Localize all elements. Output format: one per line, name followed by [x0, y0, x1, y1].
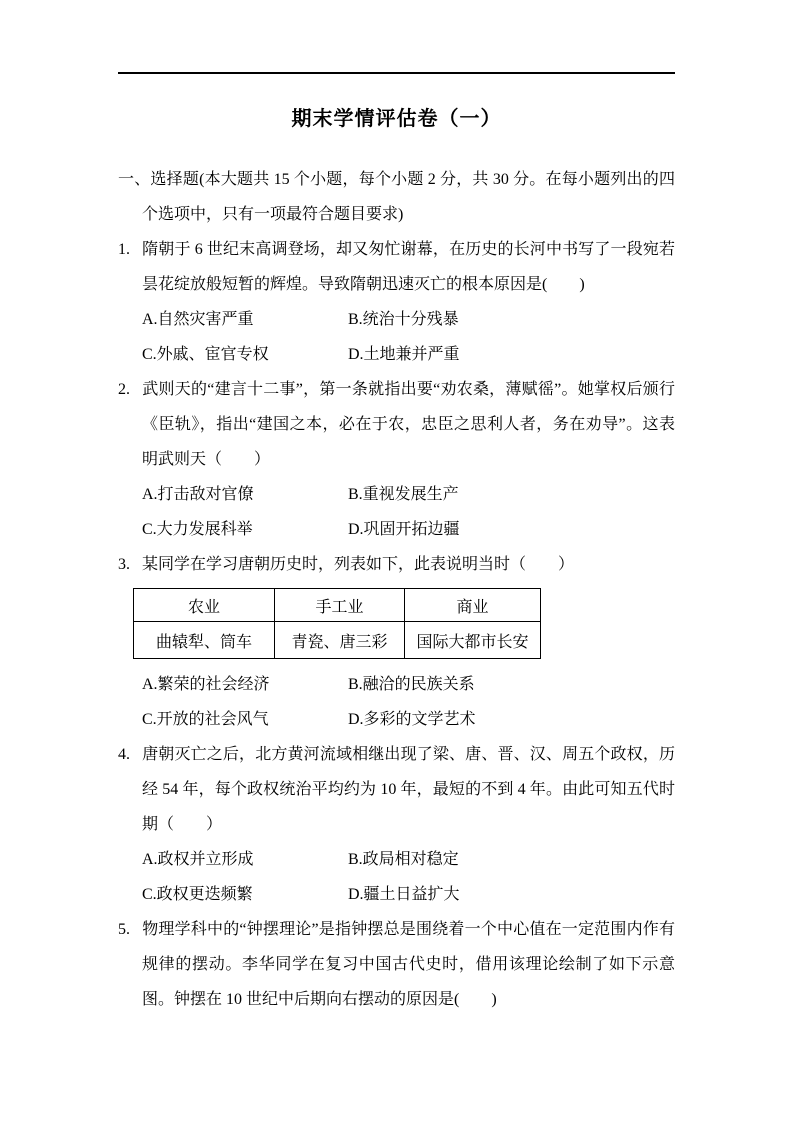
table-header-commerce: 商业 [405, 589, 541, 622]
question-2: 2.武则天的“建言十二事”，第一条就指出要“劝农桑，薄赋徭”。她掌权后颁行《臣轨… [118, 372, 675, 547]
question-5: 5.物理学科中的“钟摆理论”是指钟摆总是围绕着一个中心值在一定范围内作有规律的摆… [118, 912, 675, 1017]
question-3-number: 3. [118, 547, 142, 582]
question-2-options: A.打击敌对官僚 B.重视发展生产 C.大力发展科举 D.巩固开拓边疆 [118, 477, 675, 547]
question-2-option-c: C.大力发展科举 [142, 512, 348, 547]
header-divider-line [118, 72, 675, 74]
question-5-text: 物理学科中的“钟摆理论”是指钟摆总是围绕着一个中心值在一定范围内作有规律的摆动。… [142, 921, 675, 1008]
question-2-option-d: D.巩固开拓边疆 [348, 512, 675, 547]
question-3-option-a: A.繁荣的社会经济 [142, 667, 348, 702]
question-3-option-b: B.融洽的民族关系 [348, 667, 675, 702]
table-header-handicraft: 手工业 [275, 589, 405, 622]
section-heading: 一、选择题(本大题共 15 个小题，每个小题 2 分，共 30 分。在每小题列出… [118, 162, 675, 232]
question-1-option-c: C.外戚、宦官专权 [142, 337, 348, 372]
option-row: A.繁荣的社会经济 B.融洽的民族关系 [142, 667, 675, 702]
page-title: 期末学情评估卷（一） [118, 102, 675, 136]
exam-page: 期末学情评估卷（一） 一、选择题(本大题共 15 个小题，每个小题 2 分，共 … [0, 0, 793, 1122]
question-4-stem: 4.唐朝灭亡之后，北方黄河流域相继出现了梁、唐、晋、汉、周五个政权，历经 54 … [118, 737, 675, 842]
question-4-option-b: B.政局相对稳定 [348, 842, 675, 877]
option-row: C.政权更迭频繁 D.疆土日益扩大 [142, 877, 675, 912]
question-4-option-c: C.政权更迭频繁 [142, 877, 348, 912]
question-1-option-a: A.自然灾害严重 [142, 302, 348, 337]
question-1-text: 隋朝于 6 世纪末高调登场，却又匆忙谢幕，在历史的长河中书写了一段宛若昙花绽放般… [142, 241, 675, 293]
table-header-agriculture: 农业 [134, 589, 275, 622]
page-content: 期末学情评估卷（一） 一、选择题(本大题共 15 个小题，每个小题 2 分，共 … [118, 96, 675, 1017]
question-4-text: 唐朝灭亡之后，北方黄河流域相继出现了梁、唐、晋、汉、周五个政权，历经 54 年，… [142, 746, 675, 833]
question-2-option-b: B.重视发展生产 [348, 477, 675, 512]
question-1-options: A.自然灾害严重 B.统治十分残暴 C.外戚、宦官专权 D.土地兼并严重 [118, 302, 675, 372]
question-1: 1.隋朝于 6 世纪末高调登场，却又匆忙谢幕，在历史的长河中书写了一段宛若昙花绽… [118, 232, 675, 372]
question-2-option-a: A.打击敌对官僚 [142, 477, 348, 512]
question-1-number: 1. [118, 232, 142, 267]
table-cell-agriculture: 曲辕犁、筒车 [134, 622, 275, 659]
question-2-number: 2. [118, 372, 142, 407]
option-row: C.外戚、宦官专权 D.土地兼并严重 [142, 337, 675, 372]
option-row: A.打击敌对官僚 B.重视发展生产 [142, 477, 675, 512]
question-4-options: A.政权并立形成 B.政局相对稳定 C.政权更迭频繁 D.疆土日益扩大 [118, 842, 675, 912]
question-4: 4.唐朝灭亡之后，北方黄河流域相继出现了梁、唐、晋、汉、周五个政权，历经 54 … [118, 737, 675, 912]
question-3-table: 农业 手工业 商业 曲辕犁、筒车 青瓷、唐三彩 国际大都市长安 [133, 588, 541, 659]
table-cell-commerce: 国际大都市长安 [405, 622, 541, 659]
question-3: 3.某同学在学习唐朝历史时，列表如下，此表说明当时（ ） 农业 手工业 商业 曲… [118, 547, 675, 737]
question-4-option-d: D.疆土日益扩大 [348, 877, 675, 912]
option-row: C.大力发展科举 D.巩固开拓边疆 [142, 512, 675, 547]
question-1-option-b: B.统治十分残暴 [348, 302, 675, 337]
question-1-stem: 1.隋朝于 6 世纪末高调登场，却又匆忙谢幕，在历史的长河中书写了一段宛若昙花绽… [118, 232, 675, 302]
question-4-option-a: A.政权并立形成 [142, 842, 348, 877]
table-data-row: 曲辕犁、筒车 青瓷、唐三彩 国际大都市长安 [134, 622, 541, 659]
table-cell-handicraft: 青瓷、唐三彩 [275, 622, 405, 659]
question-3-option-d: D.多彩的文学艺术 [348, 702, 675, 737]
option-row: A.政权并立形成 B.政局相对稳定 [142, 842, 675, 877]
option-row: A.自然灾害严重 B.统治十分残暴 [142, 302, 675, 337]
question-5-stem: 5.物理学科中的“钟摆理论”是指钟摆总是围绕着一个中心值在一定范围内作有规律的摆… [118, 912, 675, 1017]
question-2-stem: 2.武则天的“建言十二事”，第一条就指出要“劝农桑，薄赋徭”。她掌权后颁行《臣轨… [118, 372, 675, 477]
question-5-number: 5. [118, 912, 142, 947]
question-3-options: A.繁荣的社会经济 B.融洽的民族关系 C.开放的社会风气 D.多彩的文学艺术 [118, 667, 675, 737]
option-row: C.开放的社会风气 D.多彩的文学艺术 [142, 702, 675, 737]
question-3-option-c: C.开放的社会风气 [142, 702, 348, 737]
question-4-number: 4. [118, 737, 142, 772]
question-3-stem: 3.某同学在学习唐朝历史时，列表如下，此表说明当时（ ） [118, 547, 675, 582]
question-2-text: 武则天的“建言十二事”，第一条就指出要“劝农桑，薄赋徭”。她掌权后颁行《臣轨》，… [142, 381, 675, 468]
table-header-row: 农业 手工业 商业 [134, 589, 541, 622]
question-1-option-d: D.土地兼并严重 [348, 337, 675, 372]
question-3-text: 某同学在学习唐朝历史时，列表如下，此表说明当时（ ） [142, 556, 574, 573]
